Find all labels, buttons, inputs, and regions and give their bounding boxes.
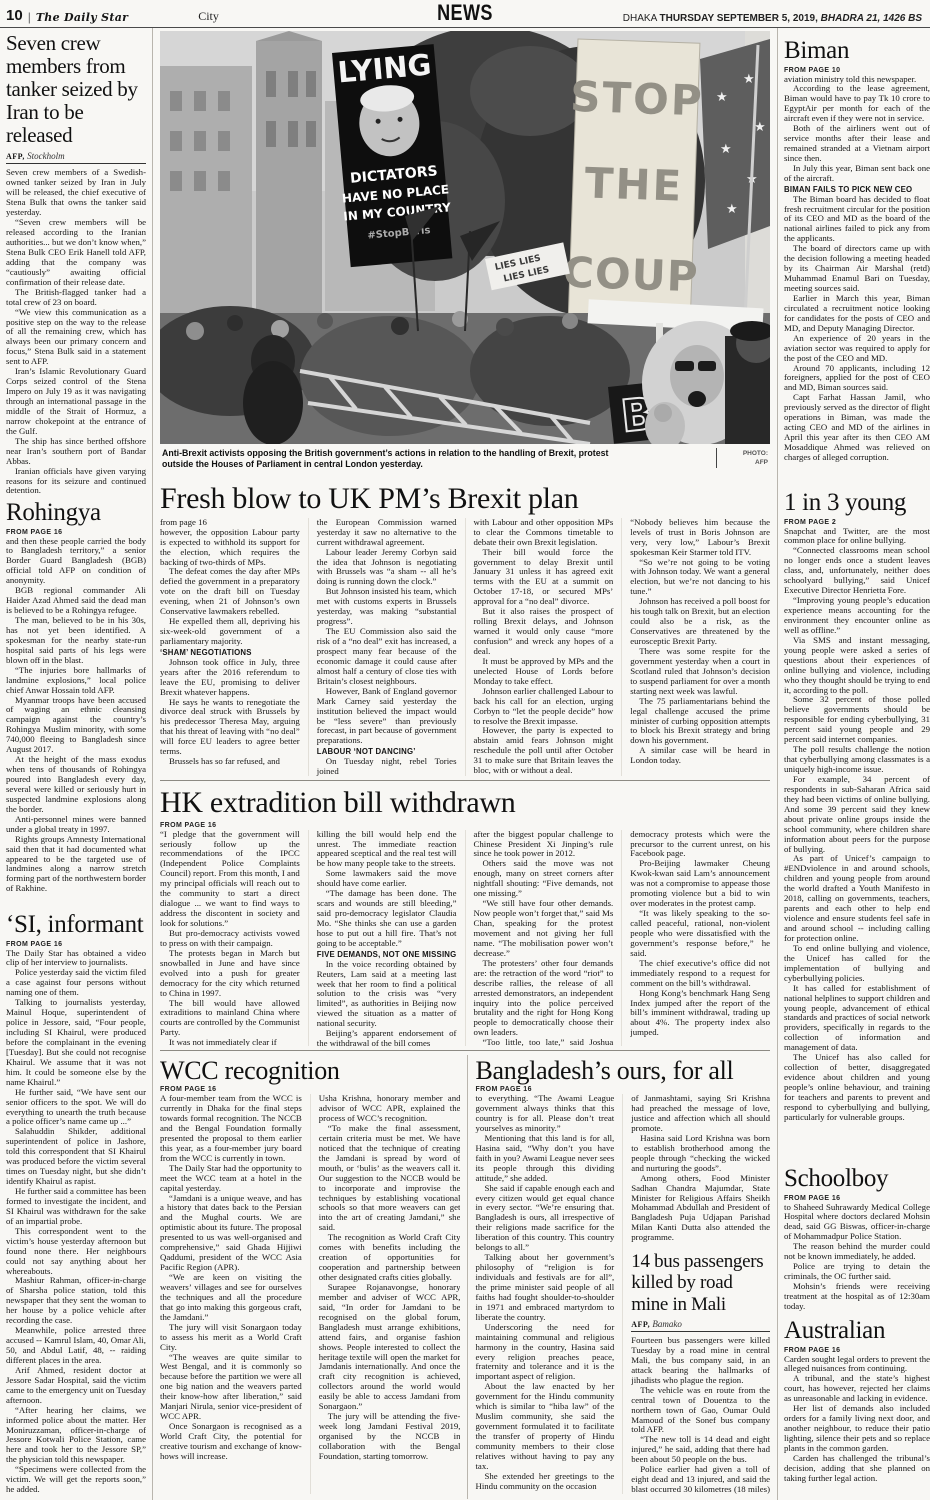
paragraph: Via SMS and instant messaging, young peo… <box>784 636 930 696</box>
continued-from: FROM PAGE 16 <box>784 1347 930 1354</box>
paragraph: the European Commission warned yesterday… <box>317 518 457 548</box>
paragraph: The Unicef has also called for collectio… <box>784 1053 930 1123</box>
article-headline: 1 in 3 young <box>784 490 930 517</box>
sign-text: COUP <box>562 248 699 302</box>
paragraph: Both of the airliners went out of servic… <box>784 124 930 164</box>
article-mali: 14 bus passengers killed by road mine in… <box>631 1251 770 1494</box>
right-column: Biman FROM PAGE 10 aviation ministry tol… <box>777 28 930 1500</box>
continued-from: FROM PAGE 16 <box>6 941 146 948</box>
byline: AFP, Bamako <box>631 1319 770 1329</box>
paragraph: Rights groups Amnesty International said… <box>6 835 146 895</box>
svg-text:★: ★ <box>743 72 755 87</box>
paragraph: It was not immediately clear if <box>160 1038 300 1045</box>
paragraph: The recognition as World Craft City come… <box>319 1233 461 1283</box>
paragraph: Beijing’s apparent endorsement of the wi… <box>317 1029 457 1045</box>
paragraph: Meanwhile, police arrested three accused… <box>6 1326 146 1366</box>
photo-caption-row: Anti-Brexit activists opposing the Briti… <box>160 444 770 481</box>
paragraph: But Johnson insisted his team, which met… <box>317 587 457 627</box>
paragraph: however, the opposition Labour party is … <box>160 528 300 568</box>
paragraph: of Janmashtami, saying Sri Krishna had p… <box>631 1094 770 1134</box>
article-brexit: Fresh blow to UK PM’s Brexit plan from p… <box>160 481 770 776</box>
paragraph: As part of Unicef’s campaign to #ENDviol… <box>784 854 930 943</box>
paragraph: Iran’s Islamic Revolutionary Guard Corps… <box>6 367 146 437</box>
paragraph: He expelled them all, depriving his six-… <box>160 617 300 647</box>
paragraph: Around 70 applicants, including 12 forei… <box>784 364 930 394</box>
article-columns: “I pledge that the government will serio… <box>160 830 770 1046</box>
paragraph: About the law enacted by her government … <box>475 1382 614 1471</box>
paragraph: In the voice recording obtained by Reute… <box>317 960 457 1030</box>
paragraph: The protesters’ other four demands are: … <box>474 959 614 1039</box>
paragraph: “The injuries bore hallmarks of landmine… <box>6 666 146 696</box>
paragraph: In July this year, Biman sent back one o… <box>784 164 930 184</box>
paragraph: An experience of 20 years in the aviatio… <box>784 334 930 364</box>
article-body: Carden sought legal orders to prevent th… <box>784 1355 930 1484</box>
paragraph: Surapee Rojanavongse, honorary member an… <box>319 1283 461 1412</box>
paragraph: Johnson earlier challenged Labour to bac… <box>474 687 614 727</box>
article-hk-extradition: HK extradition bill withdrawn FROM PAGE … <box>160 785 770 1046</box>
article-headline: Fresh blow to UK PM’s Brexit plan <box>160 483 770 515</box>
paragraph: “The damage has been done. The scars and… <box>317 889 457 949</box>
article-body: Snapchat and Twitter, are the most commo… <box>784 527 930 1123</box>
column-1: from page 16however, the opposition Labo… <box>160 518 300 776</box>
article-rohingya: Rohingya FROM PAGE 16 and then these peo… <box>6 494 146 906</box>
paragraph: The vehicle was en route from the centra… <box>631 1386 770 1436</box>
column-2: Usha Krishna, honorary member and adviso… <box>310 1094 461 1494</box>
article-headline: Seven crew members from tanker seized by… <box>6 32 146 147</box>
article-biman: Biman FROM PAGE 10 aviation ministry tol… <box>784 32 930 484</box>
continued-from: FROM PAGE 10 <box>784 67 930 74</box>
paragraph: The jury will visit Sonargaon today to a… <box>160 1323 302 1353</box>
paragraph: The bill would have allowed extraditions… <box>160 999 300 1039</box>
paragraph: The ship has since berthed offshore near… <box>6 437 146 467</box>
paragraph: Police yesterday said the victim filed a… <box>6 968 146 998</box>
continued-from: FROM PAGE 16 <box>160 822 770 829</box>
paragraph: Their bill would force the government to… <box>474 548 614 608</box>
paragraph: To end online bullying and violence, the… <box>784 944 930 984</box>
paragraph: The 75 parliamentarians behind the legal… <box>630 697 770 747</box>
paragraph: The board of directors came up with the … <box>784 244 930 294</box>
byline-agency: AFP, <box>631 1320 650 1329</box>
paragraph: Others said the move was not enough, man… <box>474 859 614 899</box>
byline-place: Bamako <box>650 1319 682 1329</box>
protest-photo-illustration: ★ ★ ★ ★ ★ ★ STOP THE COUP LYING <box>160 31 770 444</box>
paragraph: He further said, “We have sent our senio… <box>6 1088 146 1128</box>
column-1: A four-member team from the WCC is curre… <box>160 1094 302 1494</box>
article-columns: from page 16however, the opposition Labo… <box>160 518 770 776</box>
article-headline: Australian <box>784 1318 930 1345</box>
paragraph: Capt Farhat Hassan Jamil, who previously… <box>784 393 930 463</box>
article-1-in-3-young: 1 in 3 young FROM PAGE 2 Snapchat and Tw… <box>784 484 930 1160</box>
page-header: 10 | The Daily Star City NEWS DHAKA THUR… <box>0 0 930 28</box>
paragraph: “Seven crew members will be released acc… <box>6 218 146 288</box>
paragraph: On Tuesday night, rebel Tories joined <box>317 757 457 776</box>
credit-agency: AFP <box>755 459 768 466</box>
svg-text:★: ★ <box>726 202 738 217</box>
paragraph: Talking to journalists yesterday, Mainul… <box>6 998 146 1087</box>
byline: AFP, Stockholm <box>6 151 146 161</box>
paragraph: “The new toll is 14 dead and eight injur… <box>631 1435 770 1465</box>
paragraph: “Connected classrooms mean school no lon… <box>784 546 930 596</box>
paragraph: “Specimens were collected from the victi… <box>6 1465 146 1495</box>
paragraph: Snapchat and Twitter, are the most commo… <box>784 527 930 547</box>
paragraph: Seven crew members of a Swedish-owned ta… <box>6 168 146 218</box>
article-seven-crew: Seven crew members from tanker seized by… <box>6 32 146 494</box>
left-column: Seven crew members from tanker seized by… <box>0 28 153 1500</box>
article-columns: to everything. “The Awami League governm… <box>475 1094 770 1494</box>
article-body: The Daily Star has obtained a video clip… <box>6 949 146 1496</box>
paragraph: Hong Kong’s benchmark Hang Seng Index ju… <box>630 989 770 1039</box>
credit-label: PHOTO: <box>743 450 768 457</box>
paragraph: “We are keen on visiting the weavers’ vi… <box>160 1273 302 1323</box>
paragraph: According to the lease agreement, Biman … <box>784 84 930 124</box>
paragraph: Carden sought legal orders to prevent th… <box>784 1355 930 1375</box>
column-2: of Janmashtami, saying Sri Krishna had p… <box>622 1094 770 1494</box>
article-headline: HK extradition bill withdrawn <box>160 787 770 819</box>
article-body: Seven crew members of a Swedish-owned ta… <box>6 168 146 494</box>
paragraph: “The weaves are quite similar to West Be… <box>160 1353 302 1423</box>
credit-text: PHOTO:AFP <box>743 449 768 467</box>
paragraph: Mentioning that this land is for all, Ha… <box>475 1134 614 1184</box>
paragraph: Some lawmakers said the move should have… <box>317 869 457 889</box>
paragraph: A similar case will be heard in London t… <box>630 746 770 766</box>
column-3: with Labour and other opposition MPs to … <box>465 518 614 776</box>
paragraph: He further said a committee has been for… <box>6 1187 146 1227</box>
paragraph: There was some respite for the governmen… <box>630 647 770 697</box>
dateline: DHAKA THURSDAY SEPTEMBER 5, 2019, BHADRA… <box>623 13 922 24</box>
continued-from: FROM PAGE 16 <box>475 1086 770 1093</box>
continued-from: FROM PAGE 16 <box>160 1086 460 1093</box>
paragraph: after the biggest popular challenge to C… <box>474 830 614 860</box>
paragraph: Hasina said Lord Krishna was born to est… <box>631 1134 770 1174</box>
paragraph: Police are trying to detain the criminal… <box>784 1262 930 1282</box>
continued-from: FROM PAGE 2 <box>784 519 930 526</box>
paragraph: Mohsin’s friends were receiving treatmen… <box>784 1282 930 1312</box>
paragraph: The chief executive’s office did not imm… <box>630 959 770 989</box>
paragraph: The jury will be attending the five-week… <box>319 1412 461 1462</box>
paragraph: The Daily Star had the opportunity to me… <box>160 1164 302 1194</box>
paragraph: She extended her greetings to the Hindu … <box>475 1472 614 1492</box>
paragraph: “We view this communication as a positiv… <box>6 308 146 368</box>
column-1: “I pledge that the government will serio… <box>160 830 300 1046</box>
section-label: City <box>198 9 219 24</box>
paragraph: “We still have four other demands. Now p… <box>474 899 614 959</box>
paragraph: Usha Krishna, honorary member and adviso… <box>319 1094 461 1124</box>
column-4: “Nobody believes him because the levels … <box>621 518 770 776</box>
header-divider: | <box>28 10 31 24</box>
paragraph: She said if capable enough each and ever… <box>475 1184 614 1254</box>
paragraph: to everything. “The Awami League governm… <box>475 1094 614 1134</box>
newspaper-logo: The Daily Star <box>36 11 128 24</box>
page-body: Seven crew members from tanker seized by… <box>0 28 930 1500</box>
paragraph: The man, believed to be in his 30s, has … <box>6 616 146 666</box>
page-number: 10 <box>6 7 23 24</box>
paragraph: It has called for establishment of natio… <box>784 984 930 1054</box>
paragraph: Brussels has so far refused, and <box>160 757 300 767</box>
article-headline: 14 bus passengers killed by road mine in… <box>631 1251 770 1315</box>
article-headline: ‘SI, informant <box>6 912 146 939</box>
paragraph: “Nobody believes him because the levels … <box>630 518 770 558</box>
section-rule <box>160 780 770 781</box>
continued-from: FROM PAGE 16 <box>784 1195 930 1202</box>
placard-stop-the-coup: STOP THE COUP <box>562 39 707 322</box>
column-1: to everything. “The Awami League governm… <box>475 1094 614 1494</box>
paragraph: Salahuddin Shikder, additional superinte… <box>6 1127 146 1187</box>
column-2: the European Commission warned yesterday… <box>308 518 457 776</box>
paragraph: “It was likely speaking to the so-called… <box>630 909 770 959</box>
paragraph: Some 32 percent of those polled believe … <box>784 695 930 745</box>
paragraph: with Labour and other opposition MPs to … <box>474 518 614 548</box>
article-body: to Shaheed Suhrawardy Medical College Ho… <box>784 1203 930 1312</box>
article-body: and then these people carried the body t… <box>6 537 146 895</box>
center-column: ★ ★ ★ ★ ★ ★ STOP THE COUP LYING <box>153 28 777 1500</box>
continued-from: FROM PAGE 16 <box>6 529 146 536</box>
photo-caption: Anti-Brexit activists opposing the Briti… <box>162 448 632 471</box>
article-headline: Rohingya <box>6 500 146 527</box>
paragraph: Earlier in March this year, Biman circul… <box>784 294 930 334</box>
article-columns: A four-member team from the WCC is curre… <box>160 1094 460 1494</box>
paragraph: “Jamdani is a unique weave, and has a hi… <box>160 1194 302 1274</box>
dateline-city: DHAKA <box>623 13 660 24</box>
article-headline: Schoolboy <box>784 1166 930 1193</box>
paragraph: BGB regional commander Ali Haider Azad A… <box>6 586 146 616</box>
paragraph: “To make the final assessment, certain c… <box>319 1124 461 1233</box>
paragraph: The British-flagged tanker had a total c… <box>6 288 146 308</box>
paragraph: Labour leader Jeremy Corbyn said the ide… <box>317 548 457 588</box>
photo-credit: PHOTO:AFP <box>716 448 768 468</box>
paragraph: Police earlier had given a toll of eight… <box>631 1465 770 1494</box>
paragraph: “After hearing her claims, we informed p… <box>6 1406 146 1466</box>
article-headline: Biman <box>784 38 930 65</box>
byline-rule <box>6 163 146 164</box>
dateline-date: THURSDAY SEPTEMBER 5, 2019, <box>659 13 820 24</box>
paragraph: The defeat comes the day after MPs defie… <box>160 567 300 617</box>
paragraph: The reason behind the murder could not b… <box>784 1242 930 1262</box>
credit-divider <box>716 448 717 468</box>
paragraph: However, Bank of England governor Mark C… <box>317 687 457 747</box>
continuation-text: of Janmashtami, saying Sri Krishna had p… <box>631 1094 770 1243</box>
paragraph: democracy protests which were the precur… <box>630 830 770 860</box>
paragraph: Iranian officials have given varying rea… <box>6 467 146 494</box>
paragraph: Her list of demands also included orders… <box>784 1404 930 1454</box>
article-wcc: WCC recognition FROM PAGE 16 A four-memb… <box>160 1055 460 1499</box>
paragraph: The EU Commission also said the risk of … <box>317 627 457 687</box>
article-schoolboy: Schoolboy FROM PAGE 16 to Shaheed Suhraw… <box>784 1160 930 1312</box>
paragraph: The Daily Star has obtained a video clip… <box>6 949 146 969</box>
paragraph: Johnson has received a poll boost for hi… <box>630 597 770 647</box>
masthead-news: NEWS <box>437 0 493 26</box>
paragraph: Arif Ahmed, resident doctor at Jessore S… <box>6 1366 146 1406</box>
sign-text: THE <box>584 158 684 210</box>
sign-text: STOP <box>569 72 704 126</box>
paragraph: killing the bill would help end the unre… <box>317 830 457 870</box>
paragraph: This correspondent went to the victim’s … <box>6 1227 146 1277</box>
dateline-bangla-date: BHADRA 21, 1426 BS <box>821 13 922 24</box>
column-3: after the biggest popular challenge to C… <box>465 830 614 1046</box>
paragraph: The protests began in March but snowball… <box>160 949 300 999</box>
capped-man <box>725 321 770 444</box>
paragraph: “So we’re not going to be voting with Jo… <box>630 558 770 598</box>
paragraph: Fourteen bus passengers were killed Tues… <box>631 1336 770 1386</box>
paragraph: Johnson took office in July, three years… <box>160 658 300 698</box>
article-bangladesh-ours: Bangladesh’s ours, for all FROM PAGE 16 … <box>467 1055 770 1499</box>
byline-place: Stockholm <box>25 151 65 161</box>
paragraph: However, the party is expected to abstai… <box>474 726 614 775</box>
paragraph: It must be approved by MPs and the unele… <box>474 657 614 687</box>
paragraph: Underscoring the need for maintaining co… <box>475 1323 614 1383</box>
paragraph: Anti-personnel mines were banned under a… <box>6 815 146 835</box>
article-headline: WCC recognition <box>160 1057 460 1085</box>
article-si-informant: ‘SI, informant FROM PAGE 16 The Daily St… <box>6 906 146 1500</box>
paragraph: Myanmar troops have been accused of wagi… <box>6 696 146 756</box>
paragraph: Once Sonargaon is recognised as a World … <box>160 1422 302 1462</box>
paragraph: “Too little, too late,” said Joshua Wong… <box>474 1038 614 1045</box>
article-australian: Australian FROM PAGE 16 Carden sought le… <box>784 1312 930 1500</box>
paragraph: He says he wants to renegotiate the divo… <box>160 698 300 758</box>
paragraph: At the height of the mass exodus when te… <box>6 755 146 815</box>
byline-agency: AFP, <box>6 152 25 161</box>
section-rule <box>160 1050 770 1051</box>
bottom-articles: WCC recognition FROM PAGE 16 A four-memb… <box>160 1055 770 1499</box>
byline-rule <box>631 1331 770 1332</box>
paragraph: The poll results challenge the notion th… <box>784 745 930 775</box>
paragraph: Mashiur Rahman, officer-in-charge of Sha… <box>6 1276 146 1326</box>
paragraph: The Biman board has decided to float fre… <box>784 195 930 245</box>
paragraph: A tribunal, and the state’s highest cour… <box>784 1374 930 1404</box>
svg-text:★: ★ <box>720 142 732 157</box>
paragraph: “Improving young people’s education expe… <box>784 596 930 636</box>
protest-photo: ★ ★ ★ ★ ★ ★ STOP THE COUP LYING <box>160 31 770 444</box>
paragraph: Carden has challenged the tribunal’s dec… <box>784 1454 930 1484</box>
paragraph: A four-member team from the WCC is curre… <box>160 1094 302 1164</box>
paragraph: “I pledge that the government will serio… <box>160 830 300 929</box>
paragraph: to Shaheed Suhrawardy Medical College Ho… <box>784 1203 930 1243</box>
paragraph: For example, 34 percent of respondents i… <box>784 775 930 855</box>
paragraph: Talking about her government’s philosoph… <box>475 1253 614 1323</box>
paragraph: But it also raises the prospect of rolli… <box>474 607 614 657</box>
paragraph: and then these people carried the body t… <box>6 537 146 587</box>
paragraph: But pro-democracy activists vowed to pre… <box>160 929 300 949</box>
column-4: democracy protests which were the precur… <box>621 830 770 1046</box>
paragraph: Pro-Beijing lawmaker Cheung Kwok-kwan sa… <box>630 859 770 909</box>
article-body: Fourteen bus passengers were killed Tues… <box>631 1336 770 1494</box>
svg-text:★: ★ <box>716 90 728 105</box>
paragraph: Among others, Food Minister Sadhan Chand… <box>631 1174 770 1244</box>
article-body: aviation ministry told this newspaper.Ac… <box>784 75 930 463</box>
article-headline: Bangladesh’s ours, for all <box>475 1057 770 1085</box>
column-2: killing the bill would help end the unre… <box>308 830 457 1046</box>
